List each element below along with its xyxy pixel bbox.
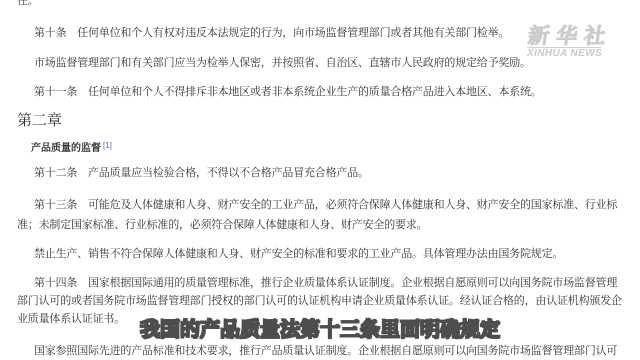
doc-line-article-13-p2: 禁止生产、销售不符合保障人体健康和人身、财产安全的标准和要求的工业产品。具体管理… [34, 248, 563, 260]
xinhua-logo-cn-text: 新华社 [527, 26, 614, 47]
section-title: 产品质量的监督 [31, 143, 101, 154]
section-title-row: 产品质量的监督[1] [31, 140, 112, 155]
video-subtitle: 我国的产品质量法第十三条里面明确规定 [0, 320, 640, 341]
doc-line-clipped: 任。 [17, 0, 39, 7]
doc-line-article-13-l1: 第十三条 可能危及人体健康和人身、财产安全的工业产品，必须符合保障人体健康和人身… [34, 199, 617, 211]
doc-line-article-14-p2: 国家参照国际先进的产品标准和技术要求，推行产品质量认证制度。企业根据自愿原则可以… [34, 345, 617, 357]
doc-line-article-12: 第十二条 产品质量应当检验合格，不得以不合格产品冒充合格产品。 [34, 167, 369, 179]
doc-line-article-13-l2: 准；未制定国家标准、行业标准的，必须符合保障人体健康和人身、财产安全的要求。 [17, 219, 427, 231]
doc-line-article-14-l1: 第十四条 国家根据国际通用的质量管理标准，推行企业质量体系认证制度。企业根据自愿… [34, 277, 617, 289]
doc-line-article-11: 第十一条 任何单位和个人不得排斥非本地区或者非本系统企业生产的质量合格产品进入本… [34, 86, 542, 98]
video-frame: 任。 第十条 任何单位和个人有权对违反本法规定的行为，向市场监督管理部门或者其他… [0, 0, 640, 360]
doc-line-article-10: 第十条 任何单位和个人有权对违反本法规定的行为，向市场监督管理部门或者其他有关部… [34, 27, 509, 39]
chapter-heading: 第二章 [17, 113, 62, 129]
reference-link[interactable]: [1] [103, 141, 112, 150]
xinhua-watermark: 新华社 XINHUA NEWS [527, 26, 611, 59]
doc-line-article-10-p2: 市场监督管理部门和有关部门应当为检举人保密，并按照省、自治区、直辖市人民政府的规… [34, 57, 531, 69]
doc-line-article-14-l2: 部门认可的或者国务院市场监督管理部门授权的部门认可的认证机构申请企业质量体系认证… [17, 295, 622, 307]
xinhua-logo-en-text: XINHUA NEWS [527, 47, 601, 59]
